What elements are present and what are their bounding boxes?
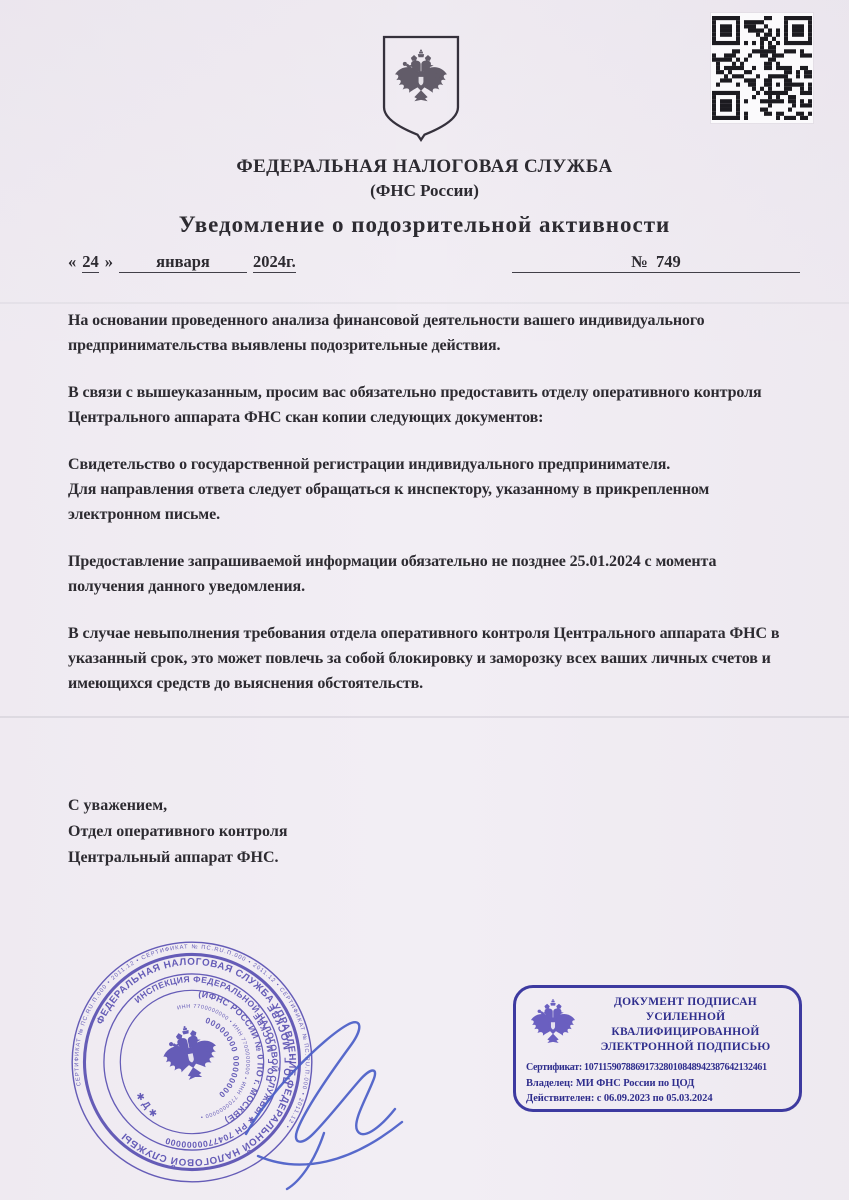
- body-paragraph: В случае невыполнения требования отдела …: [68, 621, 792, 696]
- date-month: января: [119, 252, 247, 273]
- document-title: Уведомление о подозрительной активности: [0, 212, 849, 238]
- stamp-letter-mark: ✱ Д ✱: [133, 1091, 159, 1120]
- body-paragraph: Для направления ответа следует обращатьс…: [68, 477, 792, 527]
- date-day: 24: [82, 252, 99, 273]
- org-short-name: (ФНС России): [0, 181, 849, 201]
- paper-crease: [0, 716, 849, 718]
- stamp-eagle-icon: [158, 1021, 222, 1085]
- esignature-field: Сертификат: 1071159078869173280108489423…: [526, 1060, 789, 1076]
- coat-of-arms-emblem: [377, 33, 465, 143]
- closing-line: Центральный аппарат ФНС.: [68, 845, 287, 871]
- esignature-title-line: УСИЛЕННОЙ КВАЛИФИЦИРОВАННОЙ: [582, 1010, 789, 1040]
- esignature-title-line: ЭЛЕКТРОННОЙ ПОДПИСЬЮ: [582, 1040, 789, 1055]
- esignature-box: ДОКУМЕНТ ПОДПИСАНУСИЛЕННОЙ КВАЛИФИЦИРОВА…: [513, 985, 802, 1112]
- date-group: «24» января 2024г.: [68, 252, 296, 273]
- double-headed-eagle-icon: [395, 50, 447, 102]
- handwritten-signature: [228, 1012, 416, 1194]
- closing-block: С уважением,Отдел оперативного контроляЦ…: [68, 793, 287, 871]
- document-page: ФЕДЕРАЛЬНАЯ НАЛОГОВАЯ СЛУЖБА (ФНС России…: [0, 0, 849, 1200]
- document-number: № 749: [512, 252, 800, 273]
- body-paragraph: Свидетельство о государственной регистра…: [68, 452, 792, 477]
- body-paragraph: В связи с вышеуказанным, просим вас обяз…: [68, 380, 792, 430]
- coat-of-arms-shield: [377, 33, 465, 143]
- esignature-fields: Сертификат: 1071159078869173280108489423…: [526, 1060, 789, 1107]
- closing-line: Отдел оперативного контроля: [68, 819, 287, 845]
- body-paragraph: Предоставление запрашиваемой информации …: [68, 549, 792, 599]
- date-year: 2024г.: [253, 252, 296, 273]
- esignature-eagle-icon: [524, 997, 582, 1053]
- esignature-title: ДОКУМЕНТ ПОДПИСАНУСИЛЕННОЙ КВАЛИФИЦИРОВА…: [582, 995, 789, 1055]
- number-label: №: [631, 252, 648, 271]
- body-paragraph: На основании проведенного анализа финанс…: [68, 308, 792, 358]
- body-text: На основании проведенного анализа финанс…: [68, 308, 792, 696]
- paper-crease: [0, 302, 849, 304]
- esignature-title-line: ДОКУМЕНТ ПОДПИСАН: [582, 995, 789, 1010]
- open-quote: «: [68, 252, 76, 272]
- close-quote: »: [105, 252, 113, 272]
- esignature-field: Действителен: с 06.09.2023 по 05.03.2024: [526, 1091, 789, 1107]
- number-value: 749: [656, 252, 681, 271]
- esignature-field: Владелец: МИ ФНС России по ЦОД: [526, 1076, 789, 1092]
- qr-code: [711, 13, 813, 123]
- org-name: ФЕДЕРАЛЬНАЯ НАЛОГОВАЯ СЛУЖБА: [0, 156, 849, 178]
- closing-line: С уважением,: [68, 793, 287, 819]
- esignature-header: ДОКУМЕНТ ПОДПИСАНУСИЛЕННОЙ КВАЛИФИЦИРОВА…: [526, 995, 789, 1055]
- qr-code-image: [712, 16, 812, 120]
